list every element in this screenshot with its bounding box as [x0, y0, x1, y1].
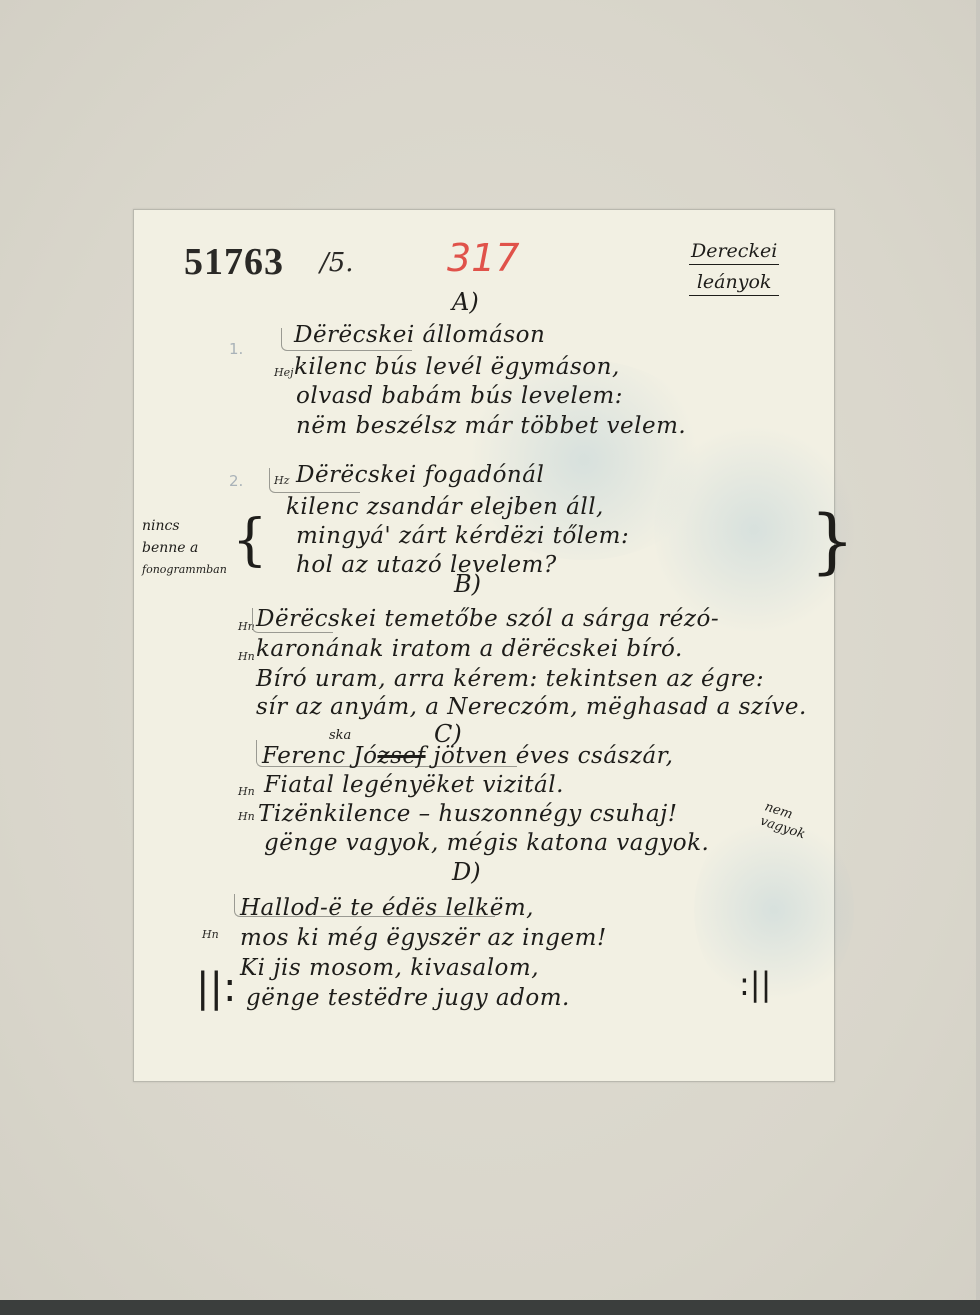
verse-number: 2.: [229, 472, 243, 490]
lyric-line: Hallod-ë te édës lelkëm,: [240, 895, 534, 921]
side-note: nincs benne a fonogrammban: [142, 515, 227, 581]
scan-background-strip: [0, 1300, 980, 1315]
margin-mark: Hn: [202, 928, 219, 941]
catalog-suffix: /5.: [320, 248, 354, 278]
board-edge: [976, 0, 980, 1300]
lyric-line: mos ki még ëgyszër az ingem!: [240, 925, 607, 951]
lyric-line: nëm beszélsz már többet velem.: [296, 413, 686, 439]
margin-mark: Hej: [274, 366, 294, 379]
section-label-b: B): [454, 570, 481, 598]
section-label-a: A): [452, 288, 479, 316]
lyric-line: karonának iratom a dërëcskei bíró.: [256, 636, 683, 662]
lyric-line: olvasd babám bús levelem:: [296, 383, 623, 409]
lyric-line: sír az anyám, a Nereczóm, mëghasad a szí…: [256, 694, 807, 720]
lyric-line: kilenc bús levél ëgymáson,: [294, 354, 620, 380]
margin-mark: Hn: [238, 650, 255, 663]
lyric-line: Bíró uram, arra kérem: tekintsen az égre…: [256, 666, 764, 692]
lyric-line: Dërëcskei állomáson: [294, 322, 545, 348]
title-line: Dereckei: [689, 240, 779, 265]
lyric-line: hol az utazó levelem?: [296, 552, 557, 578]
manuscript-sheet: 51763 /5. 317 Dereckei leányok A) 1. Hej…: [133, 209, 835, 1082]
lyric-line: Ki jis mosom, kivasalom,: [240, 955, 539, 981]
lyric-line: Dërëcskei temetőbe szól a sárga rézó-: [256, 606, 719, 632]
margin-mark: Hz: [274, 474, 289, 487]
left-brace: {: [232, 508, 268, 573]
lyric-line: gënge vagyok, mégis katona vagyok.: [264, 830, 709, 856]
red-page-number: 317: [447, 236, 520, 280]
title-line: leányok: [689, 271, 779, 296]
lyric-line: Dërëcskei fogadónál: [296, 462, 544, 488]
repeat-open-sign: ||:: [196, 965, 236, 1011]
section-label-d: D): [452, 858, 481, 886]
right-brace: }: [810, 500, 855, 582]
margin-mark: Hn: [238, 785, 255, 798]
catalog-number: 51763: [184, 240, 284, 284]
song-title: Dereckei leányok: [689, 240, 779, 302]
lyric-line: gënge testëdre jugy adom.: [246, 985, 570, 1011]
lyric-line: Tizënkilence – huszonnégy csuhaj!: [258, 801, 677, 827]
lyric-line: kilenc zsandár elejben áll,: [286, 494, 604, 520]
lyric-line: Fiatal legényëket vizitál.: [264, 772, 564, 798]
inserted-word: ska: [329, 728, 351, 743]
struck-word: zsef: [378, 743, 426, 769]
margin-mark: Hn: [238, 810, 255, 823]
verse-number: 1.: [229, 340, 243, 358]
repeat-close-sign: :||: [739, 965, 771, 1003]
lyric-line: Ferenc József jötven éves császár,: [262, 743, 673, 769]
lyric-line: mingyá' zárt kérdëzi tőlem:: [296, 523, 629, 549]
